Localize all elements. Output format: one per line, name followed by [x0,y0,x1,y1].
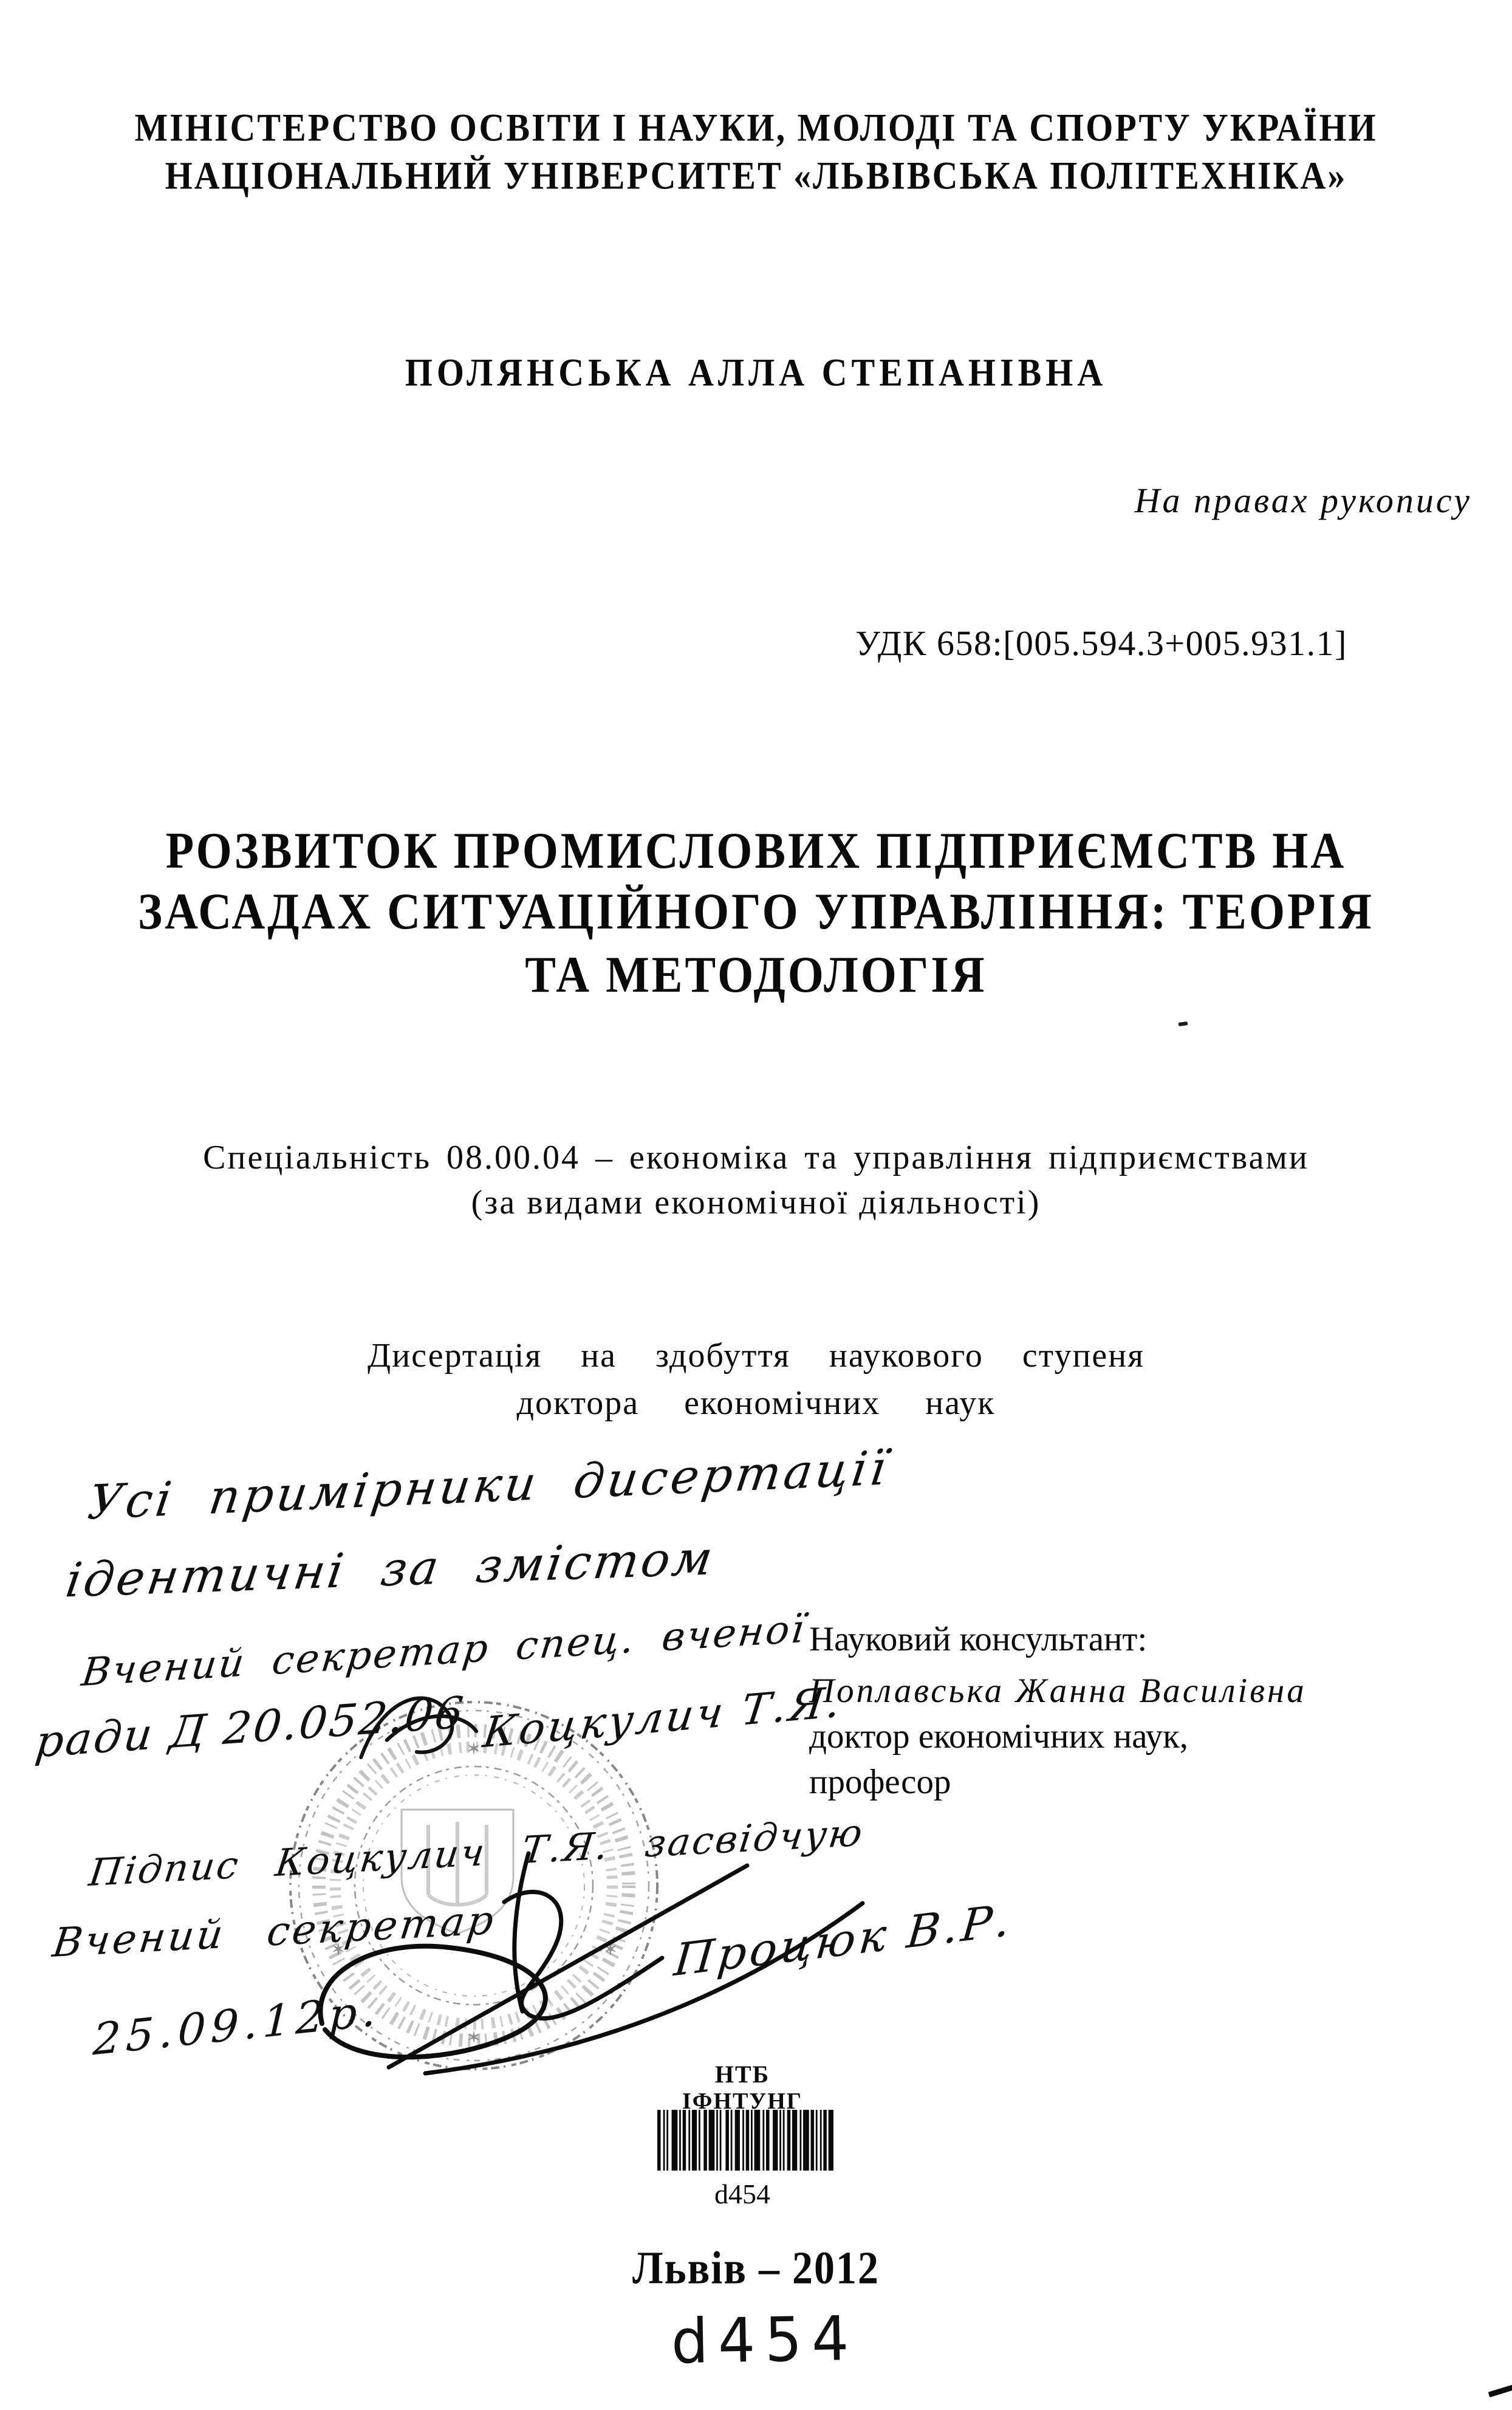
thesis-note-line2: доктора економічних наук [0,1384,1512,1423]
handwritten-shelf-mark: d454 [671,2303,859,2378]
consultant-rank: професор [809,1762,951,1802]
barcode-icon [657,2110,833,2171]
manuscript-note: На правах рукопису [1135,480,1472,521]
scan-artifact-dot [1178,1021,1188,1026]
svg-text:✶: ✶ [466,1739,481,1759]
specialty-line: Спеціальність 08.00.04 – економіка та уп… [0,1138,1512,1177]
author-name: ПОЛЯНСЬКА АЛЛА СТЕПАНІВНА [0,349,1512,395]
handwritten-copies-note-line2: ідентичні за змістом [63,1531,719,1608]
consultant-degree: доктор економічних наук, [809,1717,1188,1756]
university-header: НАЦІОНАЛЬНИЙ УНІВЕРСИТЕТ «ЛЬВІВСЬКА ПОЛІ… [0,153,1512,198]
consultant-label: Науковий консультант: [809,1619,1147,1659]
thesis-note-line1: Дисертація на здобуття наукового ступеня [0,1336,1512,1375]
dissertation-title-line1: РОЗВИТОК ПРОМИСЛОВИХ ПІДПРИЄМСТВ НА [0,822,1512,881]
barcode-shelf-code: d454 [638,2178,847,2210]
dissertation-title-line2: ЗАСАДАХ СИТУАЦІЙНОГО УПРАВЛІННЯ: ТЕОРІЯ [0,882,1512,941]
library-stamp-block: НТБ ІФНТУНГ [638,2061,847,2115]
consultant-name: Поплавська Жанна Василівна [809,1671,1307,1711]
dissertation-title-line3: ТА МЕТОДОЛОГІЯ [0,946,1512,1004]
udc-number: УДК 658:[005.594.3+005.931.1] [855,623,1347,664]
scan-artifact-corner [1488,2384,1512,2397]
secretary-signature-icon [267,1829,881,2090]
dissertation-title-page: МІНІСТЕРСТВО ОСВІТИ І НАУКИ, МОЛОДІ ТА С… [0,0,1512,2410]
handwritten-copies-note-line1: Усі примірники дисертації [85,1441,892,1531]
specialty-detail-line: (за видами економічної діяльності) [0,1183,1512,1222]
library-name-line1: НТБ [638,2061,847,2088]
ministry-header: МІНІСТЕРСТВО ОСВІТИ І НАУКИ, МОЛОДІ ТА С… [0,105,1512,150]
imprint-city-year: Львів – 2012 [0,2241,1512,2295]
